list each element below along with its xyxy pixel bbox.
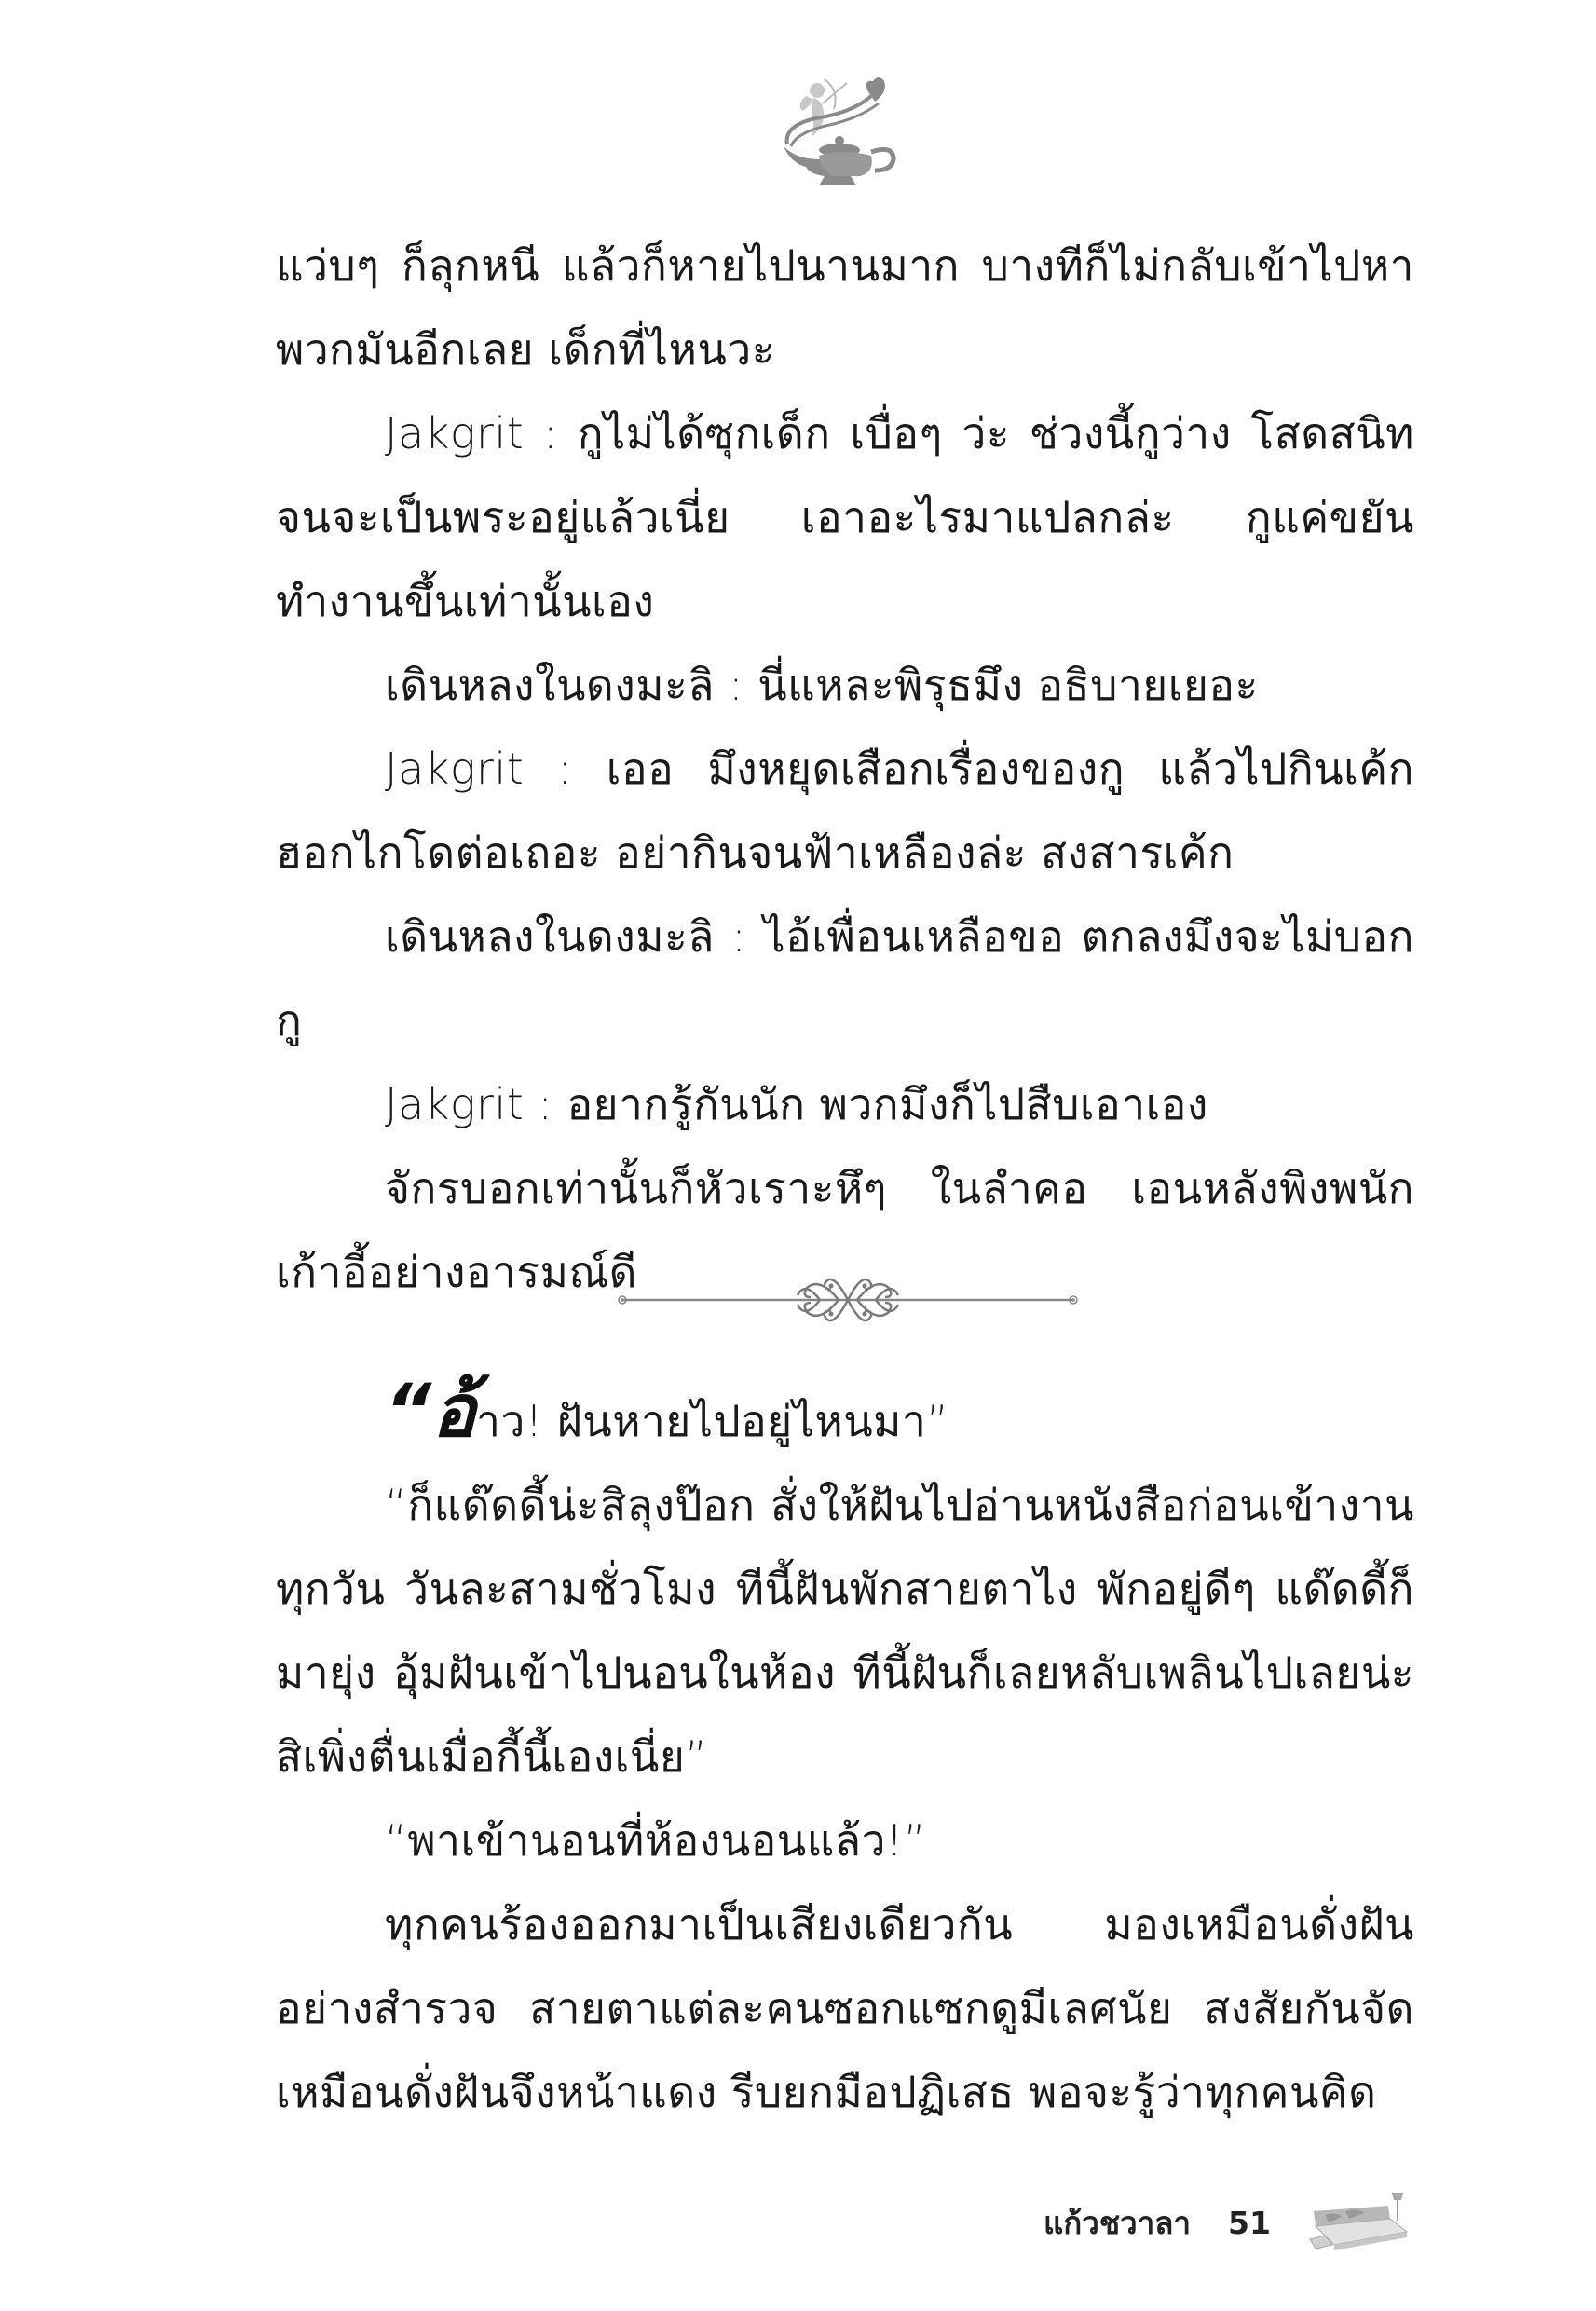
- paragraph: Jakgrit : อยากรู้กันนัก พวกมึงก็ไปสืบเอา…: [276, 1062, 1414, 1146]
- paragraph: แว่บๆ ก็ลุกหนี แล้วก็หายไปนานมาก บางทีก็…: [276, 224, 1414, 391]
- paragraph: เดินหลงในดงมะลิ : นี่แหละพิรุธมึง อธิบาย…: [276, 643, 1414, 727]
- paragraph: Jakgrit : กูไม่ได้ซุกเด็ก เบื่อๆ ว่ะ ช่ว…: [276, 391, 1414, 643]
- section-one-text: แว่บๆ ก็ลุกหนี แล้วก็หายไปนานมาก บางทีก็…: [276, 224, 1414, 1314]
- paragraph: “พาเข้านอนที่ห้องนอนแล้ว!”: [276, 1798, 1414, 1882]
- genie-lamp-cupid-icon: [778, 70, 904, 186]
- paragraph: ทุกคนร้องออกมาเป็นเสียงเดียวกัน มองเหมือ…: [276, 1882, 1414, 2134]
- chapter-opening-line: “อ้าว! ฝันหายไปอยู่ไหนมา”: [276, 1379, 1414, 1463]
- section-two-text: “อ้าว! ฝันหายไปอยู่ไหนมา” “ก็แด๊ดดี้น่ะส…: [276, 1379, 1414, 2134]
- paragraph: Jakgrit : เออ มึงหยุดเสือกเรื่องของกู แล…: [276, 727, 1414, 895]
- scroll-flourish-divider-icon: [615, 1267, 1081, 1333]
- page-footer: แก้วชวาลา 51: [1044, 2195, 1411, 2250]
- bed-icon: [1308, 2193, 1411, 2253]
- opening-line-rest: าว! ฝันหายไปอยู่ไหนมา”: [476, 1396, 949, 1446]
- book-title: แก้วชวาลา: [1044, 2198, 1191, 2248]
- dropcap-quote: “: [385, 1370, 432, 1454]
- dropcap-letter: อ้: [432, 1370, 476, 1454]
- paragraph: “ก็แด๊ดดี้น่ะสิลุงป๊อก สั่งให้ฝันไปอ่านห…: [276, 1463, 1414, 1798]
- paragraph: เดินหลงในดงมะลิ : ไอ้เพื่อนเหลือขอ ตกลงม…: [276, 895, 1414, 1062]
- page-number: 51: [1228, 2205, 1271, 2241]
